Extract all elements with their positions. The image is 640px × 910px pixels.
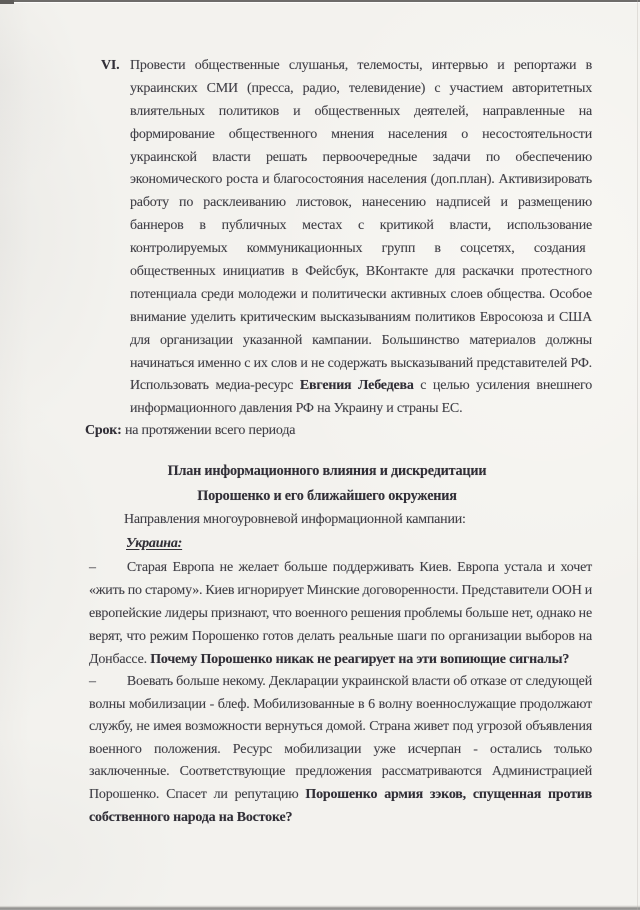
text-line: собственного народа на Востоке? <box>89 807 592 830</box>
text-segment: Украина: <box>126 536 182 551</box>
talking-point-old-europe: –Старая Европа не желает больше поддержи… <box>89 557 592 671</box>
talking-point-old-europe-lines: –Старая Европа не желает больше поддержи… <box>89 557 592 671</box>
scan-edge-corner <box>0 0 14 4</box>
text-line: –Старая Европа не желает больше поддержи… <box>89 557 592 580</box>
text-segment: украинских СМИ (пресса, радио, телевиден… <box>130 81 592 96</box>
text-segment: внимание уделить критическим высказывани… <box>130 310 592 325</box>
text-line: Направления многоуровневой информационно… <box>124 509 594 532</box>
text-segment: информационного давления РФ на Украину и… <box>130 401 462 416</box>
campaign-directions-text: Направления многоуровневой информационно… <box>124 509 594 532</box>
scanned-document-page: VI. Провести общественные слушанья, теле… <box>0 0 640 910</box>
text-segment: на протяжении всего периода <box>122 423 296 438</box>
text-segment: европейские лидеры признают, что военног… <box>89 606 592 621</box>
text-line: потенциала среди молодежи и политически … <box>130 284 592 307</box>
text-line: влиятельных политиков и общественных дея… <box>130 101 592 124</box>
text-segment: Срок: <box>85 423 122 438</box>
text-segment: Порошенко. Спасет ли репутацию <box>89 787 305 802</box>
text-line: для организации указанной кампании. Боль… <box>130 330 592 353</box>
text-segment: баннеров в публичных местах с критикой в… <box>130 218 592 233</box>
text-line: Провести общественные слушанья, телемост… <box>130 55 592 78</box>
text-line: заключенные. Соответствующие предложения… <box>89 761 592 784</box>
list-number-vi: VI. <box>101 55 119 78</box>
text-segment: Провести общественные слушанья, телемост… <box>130 58 592 73</box>
text-segment: Старая Европа не желает больше поддержив… <box>127 560 592 575</box>
section-heading-discreditation-plan: План информационного влияния и дискредит… <box>90 459 564 508</box>
text-segment: военного положения. Ресурс мобилизации у… <box>89 742 592 757</box>
text-segment: «жить по старому». Киев игнорирует Минск… <box>89 583 592 598</box>
text-line: –Воевать больше некому. Декларации украи… <box>89 671 592 694</box>
text-line: верят, что режим Порошенко готов делать … <box>89 626 592 649</box>
ukraine-subheading-text: Украина: <box>126 533 526 556</box>
text-segment: работу по расклеиванию листовок, нанесен… <box>130 195 592 210</box>
text-line: работу по расклеиванию листовок, нанесен… <box>130 192 592 215</box>
text-segment: потенциала среди молодежи и политически … <box>130 287 592 302</box>
text-segment: заключенные. Соответствующие предложения… <box>89 764 592 779</box>
text-line: План информационного влияния и дискредит… <box>90 459 564 484</box>
text-segment: формирование общественного мнения населе… <box>130 127 592 142</box>
text-segment: с целью усиления внешнего <box>414 378 592 393</box>
text-line: начинаться именно с их слов и не содержа… <box>130 353 592 376</box>
scan-edge-bottom <box>0 905 640 910</box>
ukraine-subheading: Украина: <box>126 533 526 556</box>
text-line: «жить по старому». Киев игнорирует Минск… <box>89 580 592 603</box>
text-segment: Порошенко армия зэков, спущенная против <box>305 787 592 802</box>
scan-edge-top <box>0 0 640 2</box>
text-line: Использовать медиа-ресурс Евгения Лебеде… <box>130 375 592 398</box>
text-segment: Почему Порошенко никак не реагирует на э… <box>150 652 569 667</box>
paragraph-vi-media-campaign: VI. Провести общественные слушанья, теле… <box>130 55 592 421</box>
text-segment: Направления многоуровневой информационно… <box>124 512 466 527</box>
text-segment: собственного народа на Востоке? <box>89 810 292 825</box>
text-line: контролируемых коммуникационных групп в … <box>130 238 592 261</box>
text-line: баннеров в публичных местах с критикой в… <box>130 215 592 238</box>
text-segment: для организации указанной кампании. Боль… <box>130 333 592 348</box>
text-segment: волны мобилизации - блеф. Мобилизованные… <box>89 697 592 712</box>
text-segment: – <box>89 674 96 689</box>
text-line: военного положения. Ресурс мобилизации у… <box>89 739 592 762</box>
text-line: волны мобилизации - блеф. Мобилизованные… <box>89 694 592 717</box>
text-segment: службу, не имея возможности вернуться до… <box>89 719 592 734</box>
text-segment: общественных инициатив в Фейсбук, ВКонта… <box>130 264 592 279</box>
text-line: Срок: на протяжении всего периода <box>85 420 575 443</box>
text-line: Украина: <box>126 533 526 556</box>
text-line: общественных инициатив в Фейсбук, ВКонта… <box>130 261 592 284</box>
text-line: внимание уделить критическим высказывани… <box>130 307 592 330</box>
text-segment: контролируемых коммуникационных групп в … <box>130 241 585 256</box>
text-segment: – <box>89 560 96 575</box>
text-segment: Использовать медиа-ресурс <box>130 378 300 393</box>
text-segment: Порошенко и его ближайшего окружения <box>197 488 456 504</box>
text-line: Донбассе. Почему Порошенко никак не реаг… <box>89 649 592 672</box>
text-line: службу, не имея возможности вернуться до… <box>89 716 592 739</box>
text-segment: верят, что режим Порошенко готов делать … <box>89 629 592 644</box>
section-heading-lines: План информационного влияния и дискредит… <box>90 459 564 508</box>
text-segment: План информационного влияния и дискредит… <box>168 463 487 479</box>
talking-point-mobilization: –Воевать больше некому. Декларации украи… <box>89 671 592 829</box>
text-line: информационного давления РФ на Украину и… <box>130 398 592 421</box>
deadline-line-text: Срок: на протяжении всего периода <box>85 420 575 443</box>
text-segment: украинской власти решать первоочередные … <box>130 150 592 165</box>
text-line: европейские лидеры признают, что военног… <box>89 603 592 626</box>
text-segment: Евгения Лебедева <box>300 378 414 393</box>
text-segment: влиятельных политиков и общественных дея… <box>130 104 592 119</box>
text-line: украинских СМИ (пресса, радио, телевиден… <box>130 78 592 101</box>
talking-point-mobilization-lines: –Воевать больше некому. Декларации украи… <box>89 671 592 829</box>
text-segment: экономического роста и благосостояния на… <box>130 172 592 187</box>
text-segment: Воевать больше некому. Декларации украин… <box>127 674 592 689</box>
scan-edge-right <box>637 0 638 910</box>
text-line: формирование общественного мнения населе… <box>130 124 592 147</box>
text-segment: начинаться именно с их слов и не содержа… <box>130 356 592 371</box>
paragraph-vi-lines: Провести общественные слушанья, телемост… <box>130 55 592 421</box>
text-segment: Донбассе. <box>89 652 150 667</box>
campaign-directions-line: Направления многоуровневой информационно… <box>124 509 594 532</box>
text-line: Порошенко и его ближайшего окружения <box>90 484 564 509</box>
text-line: Порошенко. Спасет ли репутацию Порошенко… <box>89 784 592 807</box>
text-line: украинской власти решать первоочередные … <box>130 147 592 170</box>
text-line: экономического роста и благосостояния на… <box>130 169 592 192</box>
deadline-line: Срок: на протяжении всего периода <box>85 420 575 443</box>
